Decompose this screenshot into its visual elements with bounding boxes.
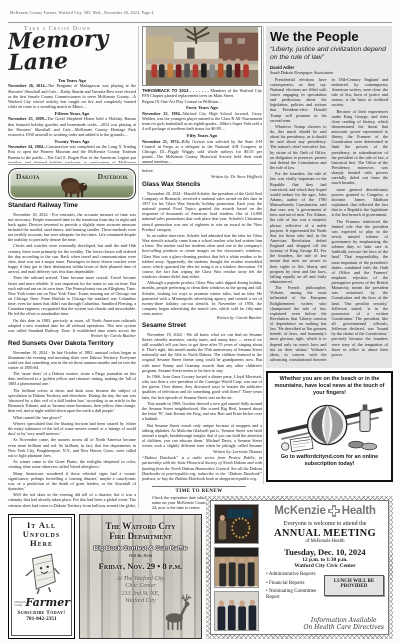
article-fragment: before.: [142, 168, 262, 173]
agenda-list: Administrative Reports Financial Reports…: [266, 572, 324, 604]
agenda-item: Nominating Committee Report: [266, 589, 324, 601]
column-divider: [138, 26, 139, 508]
health-photo-group: [214, 547, 259, 587]
article-body: November 20, 2024 - Harold Schafer, the …: [142, 191, 262, 315]
photo-caption: THROWBACK TO 2013 . . . . . . . Members …: [142, 88, 262, 98]
article-headline: Sesame Street: [142, 323, 262, 330]
paragraph: November 19, 2024 - We all know what we …: [142, 332, 262, 373]
section-text: November 22, 1984...Watford City High Sc…: [142, 111, 262, 132]
paragraph: Presidential elections have consequences…: [270, 77, 327, 123]
meeting-details-row: Administrative Reports Financial Reports…: [266, 572, 384, 604]
farmer-county-label: McKenzie County: [14, 602, 24, 608]
article-credit: Written by: Lorraine Thomas: [142, 449, 262, 454]
medical-cross-icon: [328, 505, 340, 517]
meeting-venue: Watford City Civic Center: [266, 563, 384, 569]
farmer-subscription-ad: It All Unfolds Here McKenzie County Farm…: [8, 514, 75, 639]
datebook-footer-blurb: “Dakota Datebook” is a radio series from…: [142, 455, 262, 481]
article-byline-org: South Dakota Newspaper Association: [270, 70, 388, 75]
paragraph: For the founders, the rule of law was vi…: [270, 171, 327, 284]
memory-lane-left-column: Take a Cruise Down Memory Lane Ten Years…: [8, 26, 136, 163]
article-title: We the People: [270, 29, 388, 44]
note-line: On Health Care Directives: [303, 624, 384, 631]
article-headline: Red Sunsets Over Dakota Territory: [8, 341, 136, 348]
top-rule: [8, 22, 392, 23]
online-subscription-ad: Whether you are on the beach or in the m…: [266, 371, 393, 482]
article-body: Presidential elections have consequences…: [270, 77, 388, 365]
section-heading: Fifteen Years Ago: [8, 111, 136, 116]
paragraph: In an earlier interview, Schafer had adm…: [142, 233, 262, 279]
paragraph: Writers speculated that the blazing hori…: [8, 421, 136, 436]
ad-event-line: Big Buck Contest & Gun Raffle: [80, 545, 201, 552]
mckenzie-health-logo: McKenzie Health: [266, 505, 384, 517]
ad-address: At The Watford City Civic Center 213 2nd…: [80, 576, 201, 606]
health-ad-content: McKenzie Health Everyone is welcome to a…: [262, 501, 388, 634]
beach-gear-illustration: [273, 397, 387, 453]
phone-number: 701-842-2351: [13, 616, 70, 622]
paragraph: November 18, 2024 - For centuries, the a…: [8, 212, 136, 243]
healthcare-directives-note: Information Available On Health Care Dir…: [303, 617, 384, 631]
health-ad-inner: McKenzie Health Everyone is welcome to a…: [210, 500, 389, 635]
paragraph: November 19, 2024 - In late October of 1…: [8, 350, 136, 371]
section-divider-rule: [8, 164, 262, 165]
section-text: November 26, 2014...The Penguins of Mada…: [8, 83, 136, 109]
paragraph: Clocks and watches were eventually devel…: [8, 243, 136, 274]
article-body: November 18, 2024 - For centuries, the a…: [8, 212, 136, 333]
paragraph: What caused the 'sun glows?': [8, 415, 136, 420]
paragraph: Although a popular product, Glass Wax sa…: [142, 280, 262, 315]
paragraph: The Framers reinforced the limited role …: [332, 219, 389, 357]
article-body: November 19, 2024 - We all know what we …: [142, 332, 262, 449]
paragraph: Well the red skies in the evening did te…: [8, 492, 136, 507]
ad-line: Will Be Held: [80, 553, 201, 558]
datebook-middle-column: before. Written by: Dr. Steve Hoffbeck G…: [142, 168, 262, 512]
bison-icon: [53, 174, 93, 198]
subscribe-line: Subscribe Today!: [13, 610, 70, 616]
article-headline: Glass Wax Stencils: [142, 182, 262, 189]
paragraph: Because of their experiences under King …: [332, 109, 389, 186]
ffa-group-photo: [142, 26, 262, 86]
memory-lane-masthead: Take a Cruise Down Memory Lane: [8, 26, 136, 74]
article-credit: Written by: Dr. Steve Hoffbeck: [142, 174, 262, 179]
article-headline: Standard Railway Time: [8, 203, 136, 210]
article-quote: “Liberty, justice and civilization depen…: [270, 46, 388, 62]
memory-lane-middle-column: THROWBACK TO 2013 . . . . . . . Members …: [142, 26, 262, 163]
memory-lane-title: Memory Lane: [8, 28, 136, 74]
lunch-provided-box: LUNCH WILL BE PROVIDED: [324, 575, 384, 596]
section-text: November 24, 2004...Construction was com…: [8, 144, 136, 163]
farmer-logo-text: Farmer: [25, 597, 70, 608]
ad-call-to-action: Go to watfordcitynd.com for an online su…: [272, 454, 387, 468]
paragraph: As November came, the sunsets across all…: [8, 437, 136, 458]
banner-word-dakota: Dakota: [16, 172, 39, 181]
paragraph: more general discretionary powers grante…: [332, 187, 389, 218]
paragraph: This month in 1969, Gordon showed a new …: [142, 401, 262, 422]
masthead-line: McKenzie County Farmer, Watford City, ND…: [10, 10, 154, 15]
dakota-datebook-banner: Dakota Datebook: [8, 168, 136, 200]
farmer-logo-row: McKenzie County Farmer: [13, 597, 70, 608]
ad-line: Here: [13, 539, 70, 548]
agenda-item: Financial Reports: [266, 581, 324, 587]
newspaper-mascot-icon: [23, 551, 61, 595]
article-credit: Written by: Carole Butcher: [8, 333, 136, 338]
meeting-subtitle: of McKenzie Health: [266, 539, 384, 544]
datebook-left-column: Dakota Datebook Standard Railway Time No…: [8, 168, 136, 508]
continuation-text: Region IX One-Act Play Contest in Willis…: [142, 99, 262, 104]
brand-left: McKenzie: [274, 505, 325, 517]
paragraph: Many Americans wondered if these celesti…: [8, 471, 136, 492]
section-heading: Forty Years Ago: [142, 105, 262, 110]
brand-right: Health: [342, 505, 376, 517]
ad-line: Fire Department: [80, 532, 201, 542]
health-photo-staff: [214, 591, 259, 631]
ad-date-line: Friday, Nov. 29 • 8 p.m.: [80, 561, 201, 571]
meeting-date: Tuesday, Dec. 10, 2024: [266, 547, 384, 557]
banner-word-datebook: Datebook: [98, 172, 128, 181]
fire-department-ad: The Watford City Fire Department Big Buc…: [79, 514, 202, 639]
address-line: Watford City: [80, 598, 201, 606]
paragraph: The brilliant colors at dawn and dusk so…: [8, 388, 136, 414]
mckenzie-health-ad: McKenzie Health Everyone is welcome to a…: [206, 496, 393, 639]
column-divider: [263, 26, 264, 484]
ad-headline: Whether you are on the beach or in the m…: [272, 376, 387, 396]
article-credit: Written by: Carole Butcher: [142, 315, 262, 320]
paragraph: Whatever Trump chooses to do, this much …: [270, 124, 327, 170]
paragraph: On this date in 1883, precisely at noon,…: [8, 318, 136, 333]
section-heading: Twenty Years Ago: [8, 139, 136, 144]
note-line: Information Available: [303, 617, 384, 624]
newspaper-page: McKenzie County Farmer, Watford City, ND…: [0, 0, 400, 643]
paragraph: The 'azure skies' of a Dakota sunrise, w…: [8, 371, 136, 386]
article-body: November 19, 2024 - In late October of 1…: [8, 350, 136, 508]
section-heading: Fifty Years Ago: [142, 133, 262, 138]
notice-heading: TIME TO RENEW: [152, 489, 246, 494]
health-photo-wreath: [214, 504, 259, 544]
section-heading: Ten Years Ago: [8, 78, 136, 83]
address-line: Civic Center: [80, 583, 201, 591]
meeting-title: ANNUAL MEETING: [266, 528, 384, 539]
welcome-line: Everyone is welcome to attend the: [266, 521, 384, 527]
section-text: November 21, 1974...Billy Gryson was sel…: [142, 139, 262, 163]
paragraph: In 1966, Joan Ganz Cooney hosted a dinne…: [142, 374, 262, 400]
section-text: November 25, 2009...The Good Shepherd Ho…: [8, 116, 136, 137]
health-photo-strip: [211, 501, 262, 634]
paragraph: Then the railroad arrived. Time became m…: [8, 275, 136, 316]
paragraph: November 20, 2024 - Harold Schafer, the …: [142, 191, 262, 232]
we-the-people-article: We the People “Liberty, justice and civi…: [266, 26, 392, 368]
paragraph: But Sesame Street wasn't only unique bec…: [142, 423, 262, 449]
paragraph: As winter came to the Great Plains, the …: [8, 459, 136, 469]
agenda-item: Administrative Reports: [266, 572, 324, 578]
